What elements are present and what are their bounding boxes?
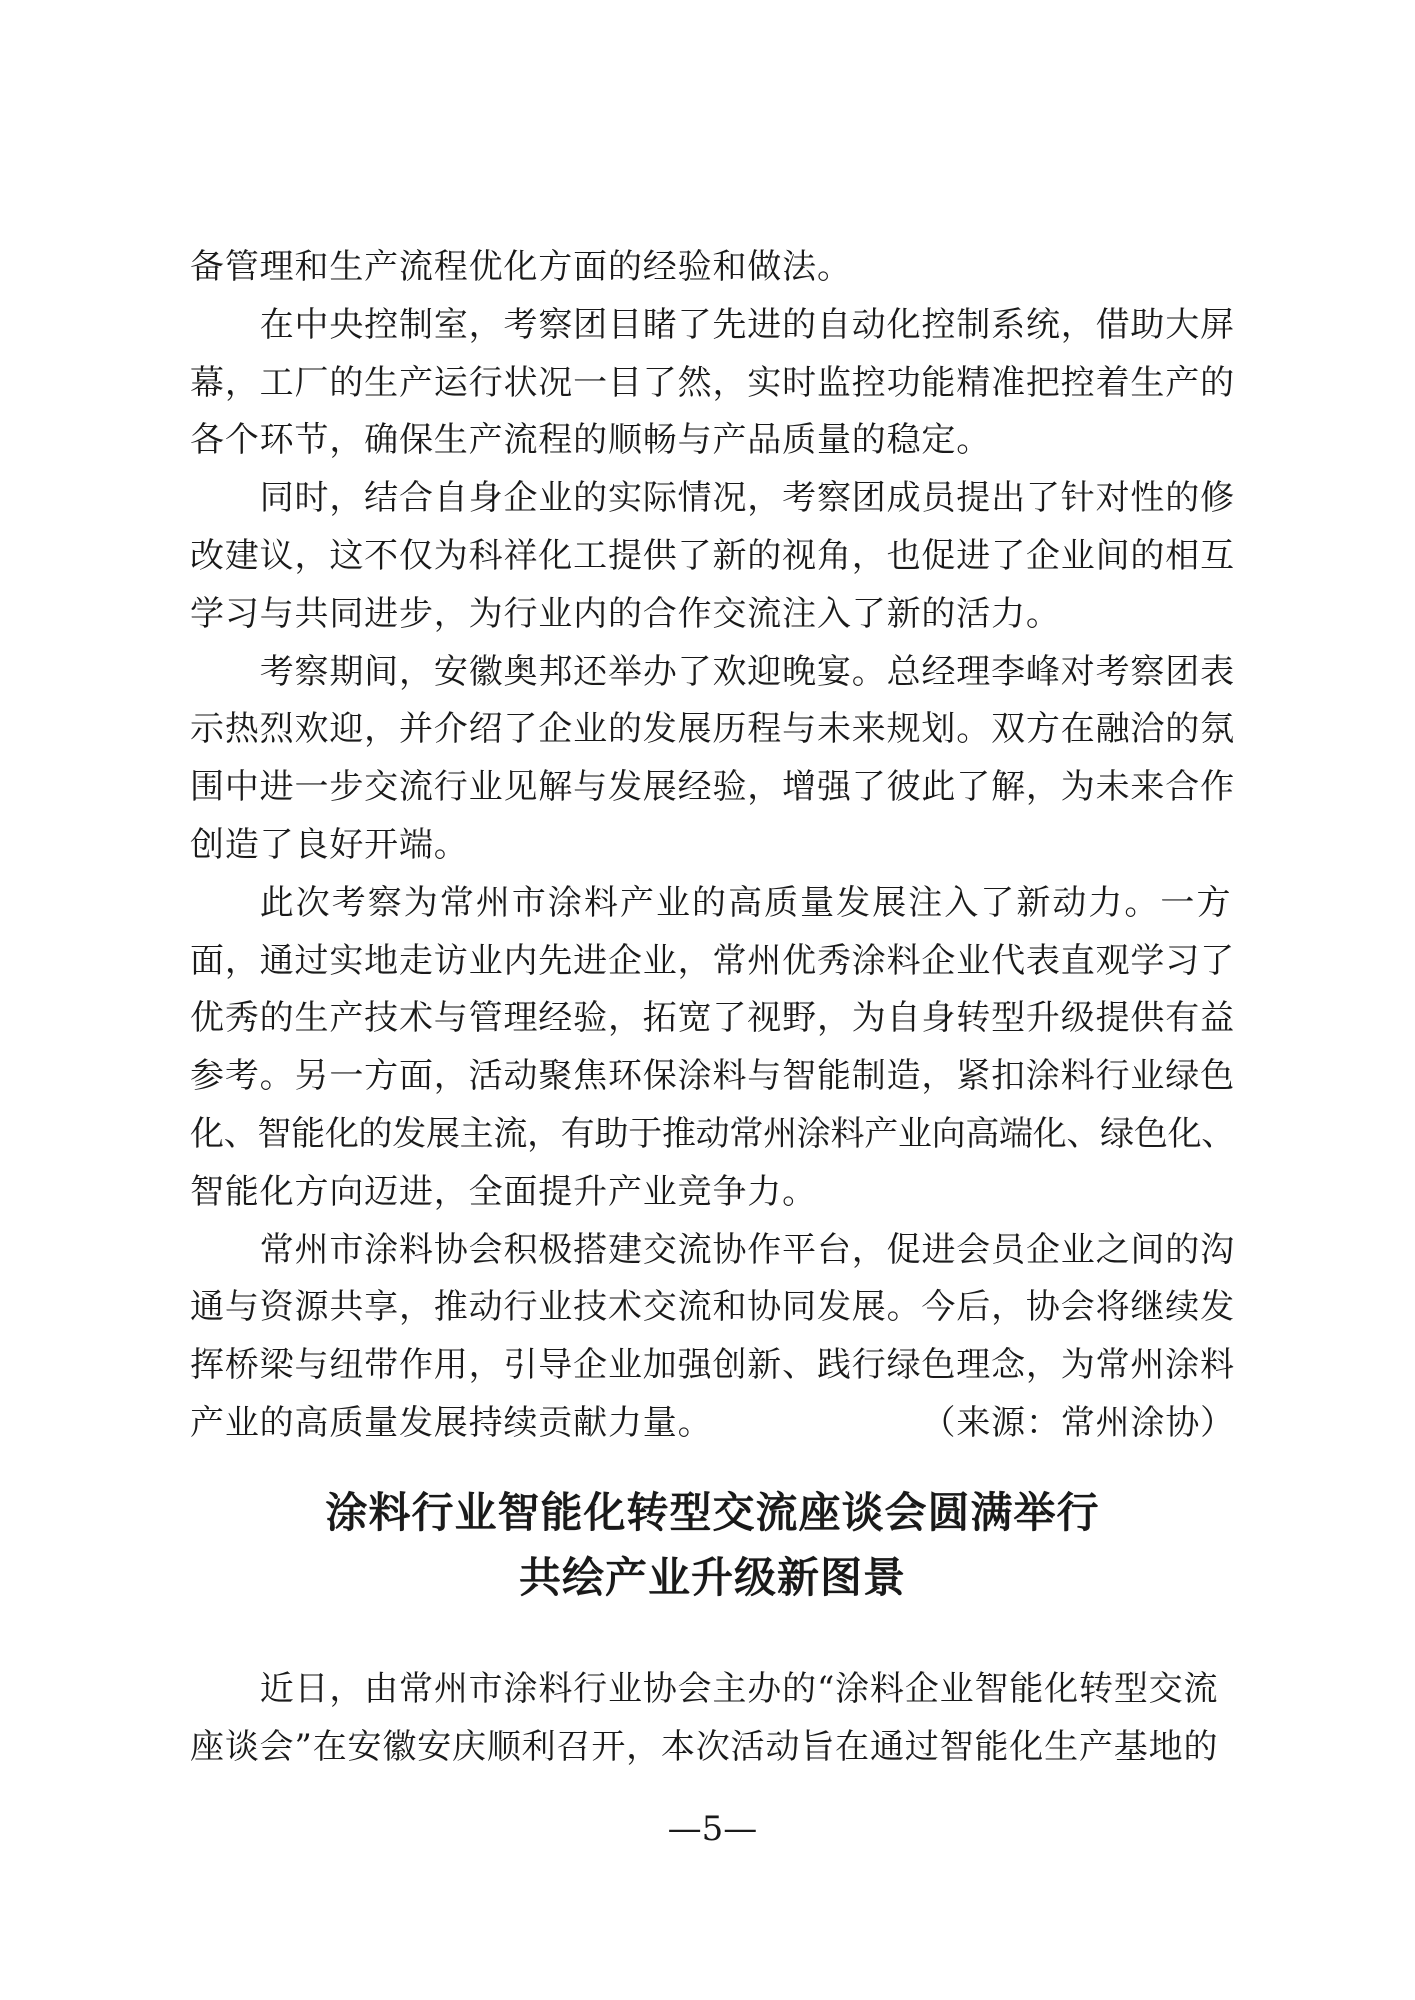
text-line: 学习与共同进步，为行业内的合作交流注入了新的活力。	[190, 586, 1235, 644]
text-line: 围中进一步交流行业见解与发展经验，增强了彼此了解，为未来合作	[190, 759, 1235, 817]
text-line: 在中央控制室，考察团目睹了先进的自动化控制系统，借助大屏	[190, 297, 1235, 355]
text-line: 座谈会”在安徽安庆顺利召开，本次活动旨在通过智能化生产基地的	[190, 1719, 1235, 1777]
text-line: 考察期间，安徽奥邦还举办了欢迎晚宴。总经理李峰对考察团表	[190, 644, 1235, 702]
text-line: 创造了良好开端。	[190, 817, 1235, 875]
text-line: 近日，由常州市涂料行业协会主办的“涂料企业智能化转型交流	[190, 1661, 1235, 1719]
text-line: 幕，工厂的生产运行状况一目了然，实时监控功能精准把控着生产的	[190, 355, 1235, 413]
text-line: 示热烈欢迎，并介绍了企业的发展历程与未来规划。双方在融洽的氛	[190, 701, 1235, 759]
text-line: 参考。另一方面，活动聚焦环保涂料与智能制造，紧扣涂料行业绿色	[190, 1048, 1235, 1106]
text-line: 通与资源共享，推动行业技术交流和协同发展。今后，协会将继续发	[190, 1279, 1235, 1337]
article2-title: 涂料行业智能化转型交流座谈会圆满举行 共绘产业升级新图景	[190, 1480, 1235, 1610]
text-line-content: 产业的高质量发展持续贡献力量。	[190, 1395, 712, 1453]
page-footer: —5—	[190, 1800, 1235, 1858]
text-column: 备管理和生产流程优化方面的经验和做法。在中央控制室，考察团目睹了先进的自动化控制…	[190, 0, 1235, 1858]
source-attribution: （来源：常州涂协）	[922, 1395, 1235, 1453]
document-page: 备管理和生产流程优化方面的经验和做法。在中央控制室，考察团目睹了先进的自动化控制…	[0, 0, 1415, 2000]
article2-body: 近日，由常州市涂料行业协会主办的“涂料企业智能化转型交流座谈会”在安徽安庆顺利召…	[190, 1661, 1235, 1777]
text-line: 面，通过实地走访业内先进企业，常州优秀涂料企业代表直观学习了	[190, 933, 1235, 991]
text-line: 化、智能化的发展主流，有助于推动常州涂料产业向高端化、绿色化、	[190, 1106, 1235, 1164]
text-line: 此次考察为常州市涂料产业的高质量发展注入了新动力。一方	[190, 875, 1235, 933]
text-line: 改建议，这不仅为科祥化工提供了新的视角，也促进了企业间的相互	[190, 528, 1235, 586]
text-line: 常州市涂料协会积极搭建交流协作平台，促进会员企业之间的沟	[190, 1222, 1235, 1280]
text-line: 同时，结合自身企业的实际情况，考察团成员提出了针对性的修	[190, 470, 1235, 528]
article1-body: 备管理和生产流程优化方面的经验和做法。在中央控制室，考察团目睹了先进的自动化控制…	[190, 0, 1235, 1453]
text-line: 智能化方向迈进，全面提升产业竞争力。	[190, 1164, 1235, 1222]
text-line: 产业的高质量发展持续贡献力量。（来源：常州涂协）	[190, 1395, 1235, 1453]
text-line: 挥桥梁与纽带作用，引导企业加强创新、践行绿色理念，为常州涂料	[190, 1337, 1235, 1395]
article2-title-line2: 共绘产业升级新图景	[190, 1545, 1235, 1610]
page-number: —5—	[668, 1809, 758, 1849]
article2-title-line1: 涂料行业智能化转型交流座谈会圆满举行	[190, 1480, 1235, 1545]
text-line: 各个环节，确保生产流程的顺畅与产品质量的稳定。	[190, 412, 1235, 470]
text-line: 优秀的生产技术与管理经验，拓宽了视野，为自身转型升级提供有益	[190, 990, 1235, 1048]
text-line: 备管理和生产流程优化方面的经验和做法。	[190, 239, 1235, 297]
